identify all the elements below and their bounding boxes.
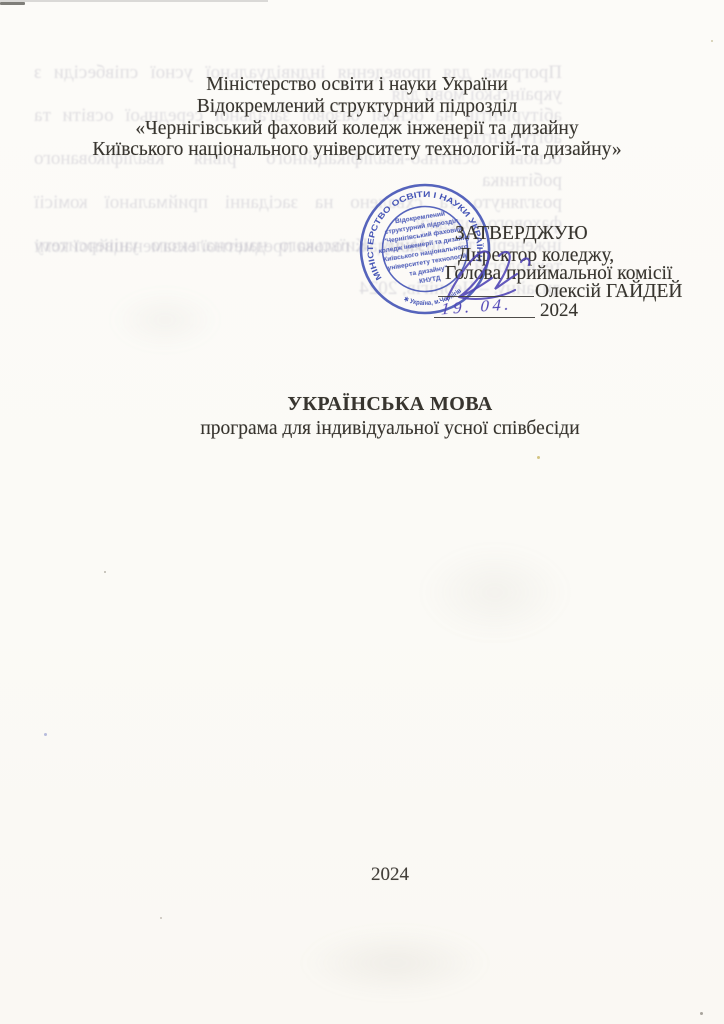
scan-smudge	[420, 545, 570, 640]
header-line-ministry: Міністерство освіти і науки України	[0, 74, 714, 96]
dust-speck	[537, 456, 540, 459]
header-line-college: «Чернігівський фаховий коледж інженерії …	[0, 118, 714, 140]
dust-speck	[711, 40, 713, 42]
dust-speck	[700, 1012, 703, 1015]
scan-smudge	[110, 290, 220, 350]
scan-edge-artifact	[0, 0, 268, 2]
scan-corner-artifact	[0, 2, 25, 5]
title-block: УКРАЇНСЬКА МОВА програма для індивідуаль…	[56, 393, 724, 440]
publication-year: 2024	[56, 864, 724, 886]
date-line	[434, 317, 535, 318]
document-header: Міністерство освіти і науки України Відо…	[0, 74, 714, 161]
dust-speck	[160, 917, 162, 919]
scan-smudge	[300, 928, 490, 998]
document-subtitle: програма для індивідуальної усної співбе…	[56, 418, 724, 440]
dust-speck	[44, 733, 47, 736]
approval-year: 2024	[540, 300, 578, 322]
header-line-university: Київського національного університету те…	[0, 139, 714, 161]
handwritten-date: 19. 04.	[441, 294, 513, 319]
header-line-subdivision: Відокремлений структурний підрозділ	[0, 96, 714, 118]
scanned-document-page: Програма для проведення індивідуальної у…	[0, 0, 724, 1024]
dust-speck	[104, 571, 106, 573]
document-title: УКРАЇНСЬКА МОВА	[56, 393, 724, 416]
